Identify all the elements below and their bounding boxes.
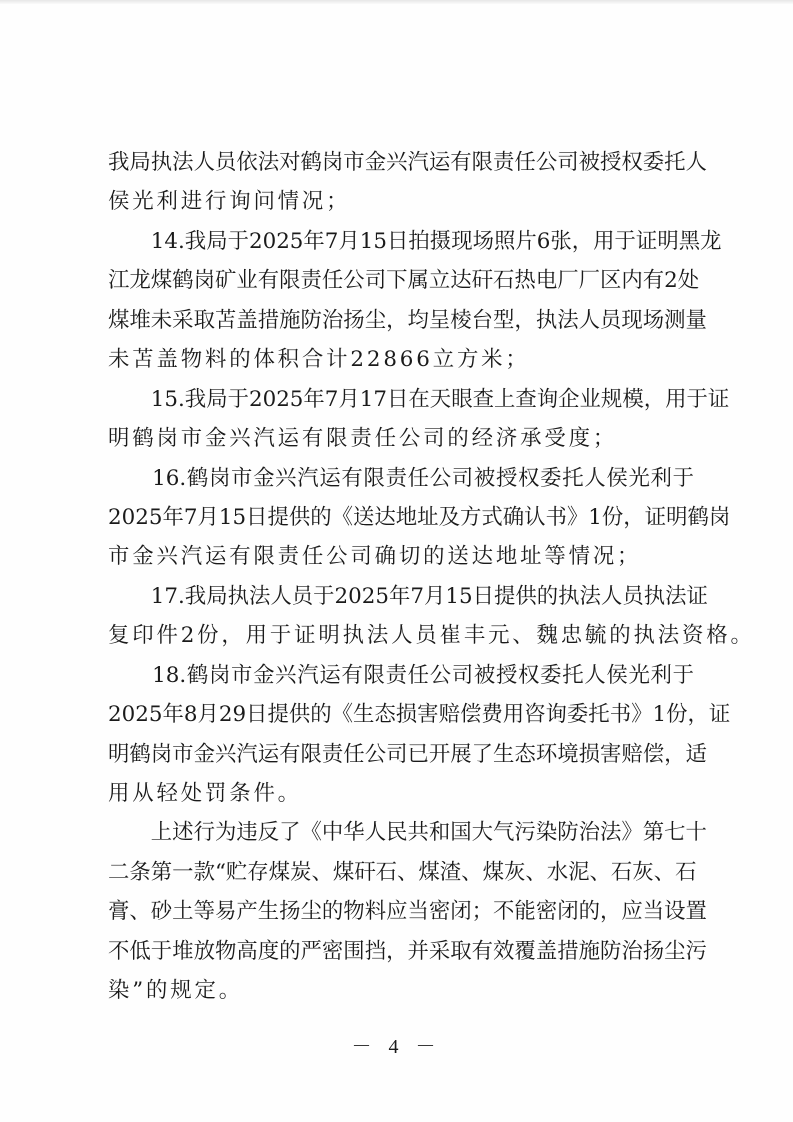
item-14-line: 14.我局于2025年7月15日拍摄现场照片6张，用于证明黑龙 bbox=[108, 222, 694, 261]
item-18-line: 18.鹤岗市金兴汽运有限责任公司被授权委托人侯光利于 bbox=[108, 656, 694, 695]
item-14-line: 江龙煤鹤岗矿业有限责任公司下属立达矸石热电厂厂区内有2处 bbox=[108, 261, 694, 300]
item-15-line-end: 明鹤岗市金兴汽运有限责任公司的经济承受度； bbox=[108, 419, 694, 458]
violation-paragraph-line: 二条第一款“贮存煤炭、煤矸石、煤渣、煤灰、水泥、石灰、石 bbox=[108, 853, 694, 892]
item-18-line-end: 用从轻处罚条件。 bbox=[108, 774, 694, 813]
item-17-line: 17.我局执法人员于2025年7月15日提供的执法人员执法证 bbox=[108, 577, 694, 616]
item-14-line-end: 未苫盖物料的体积合计22866立方米； bbox=[108, 340, 694, 379]
page-number: － 4 － bbox=[0, 1030, 793, 1059]
item-16-line: 2025年7月15日提供的《送达地址及方式确认书》1份，证明鹤岗 bbox=[108, 498, 694, 537]
item-17-line-end: 复印件2份，用于证明执法人员崔丰元、魏忠毓的执法资格。 bbox=[108, 616, 694, 655]
document-page: 我局执法人员依法对鹤岗市金兴汽运有限责任公司被授权委托人 侯光利进行询问情况； … bbox=[0, 0, 793, 1122]
item-16-line: 16.鹤岗市金兴汽运有限责任公司被授权委托人侯光利于 bbox=[108, 459, 694, 498]
item-15-line: 15.我局于2025年7月17日在天眼查上查询企业规模，用于证 bbox=[108, 380, 694, 419]
item-14-line: 煤堆未采取苫盖措施防治扬尘，均呈棱台型，执法人员现场测量 bbox=[108, 301, 694, 340]
violation-paragraph-line: 不低于堆放物高度的严密围挡，并采取有效覆盖措施防治扬尘污 bbox=[108, 932, 694, 971]
text-line-end: 侯光利进行询问情况； bbox=[108, 182, 694, 221]
violation-paragraph-line-end: 染”的规定。 bbox=[108, 971, 694, 1010]
scan-edge bbox=[0, 0, 793, 4]
violation-paragraph-line: 膏、砂土等易产生扬尘的物料应当密闭；不能密闭的，应当设置 bbox=[108, 892, 694, 931]
item-16-line-end: 市金兴汽运有限责任公司确切的送达地址等情况； bbox=[108, 537, 694, 576]
violation-paragraph-line: 上述行为违反了《中华人民共和国大气污染防治法》第七十 bbox=[108, 813, 694, 852]
item-18-line: 明鹤岗市金兴汽运有限责任公司已开展了生态环境损害赔偿，适 bbox=[108, 735, 694, 774]
body-text: 我局执法人员依法对鹤岗市金兴汽运有限责任公司被授权委托人 侯光利进行询问情况； … bbox=[108, 143, 694, 1011]
text-line-continuation: 我局执法人员依法对鹤岗市金兴汽运有限责任公司被授权委托人 bbox=[108, 143, 694, 182]
item-18-line: 2025年8月29日提供的《生态损害赔偿费用咨询委托书》1份，证 bbox=[108, 695, 694, 734]
